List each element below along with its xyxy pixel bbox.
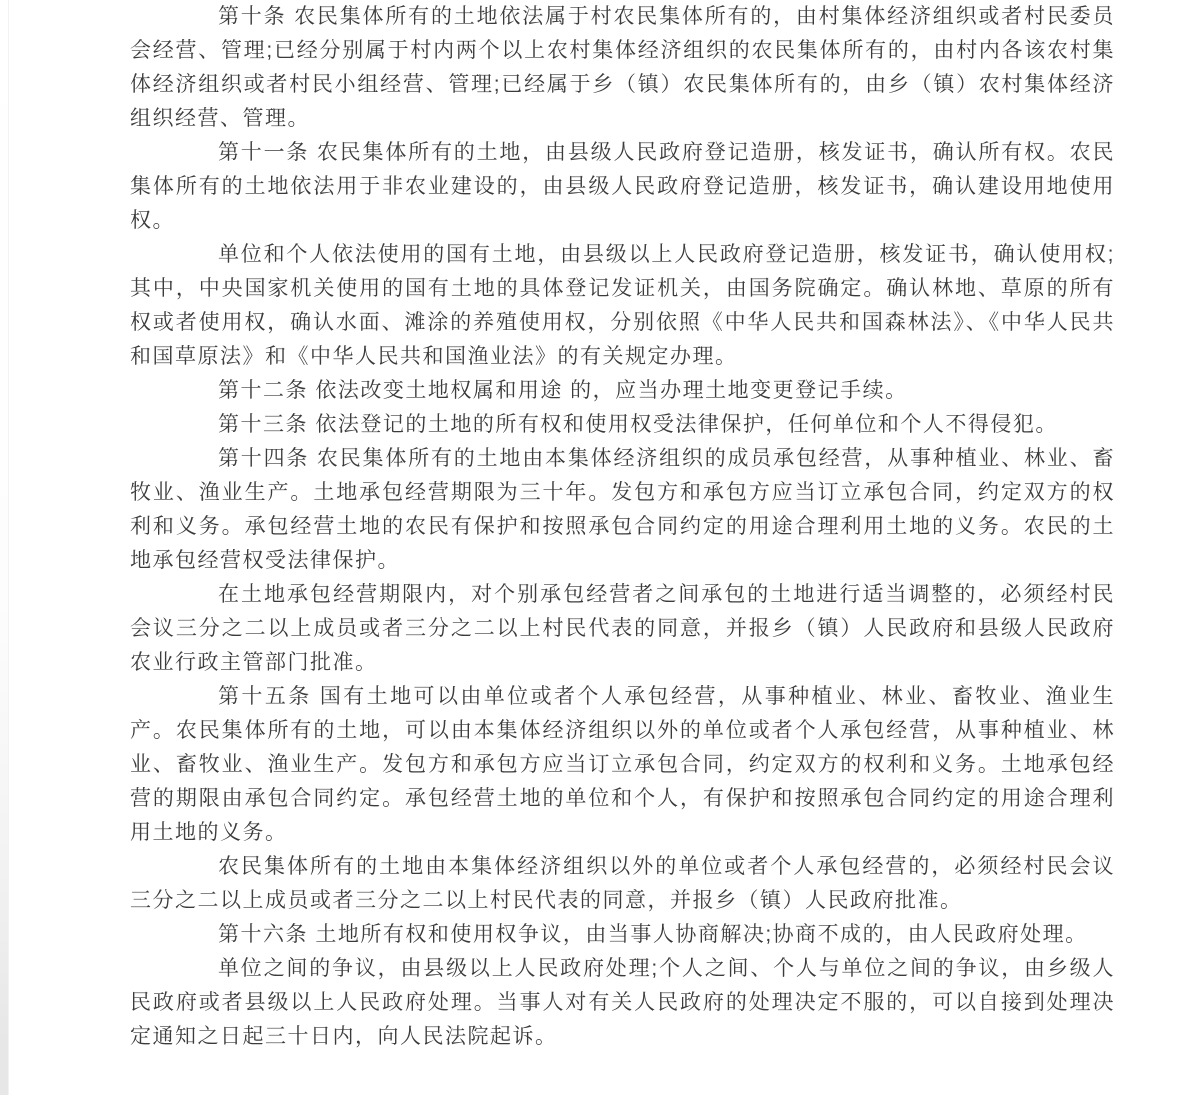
law-paragraph-article-10: 第十条 农民集体所有的土地依法属于村农民集体所有的，由村集体经济组织或者村民委员… bbox=[130, 0, 1115, 136]
document-body: 第十条 农民集体所有的土地依法属于村农民集体所有的，由村集体经济组织或者村民委员… bbox=[130, 0, 1115, 1054]
law-paragraph-article-11-cont: 单位和个人依法使用的国有土地，由县级以上人民政府登记造册，核发证书，确认使用权;… bbox=[130, 238, 1115, 374]
law-paragraph-article-15: 第十五条 国有土地可以由单位或者个人承包经营，从事种植业、林业、畜牧业、渔业生产… bbox=[130, 680, 1115, 850]
law-paragraph-article-16: 第十六条 土地所有权和使用权争议，由当事人协商解决;协商不成的，由人民政府处理。 bbox=[130, 918, 1115, 952]
law-paragraph-article-16-cont: 单位之间的争议，由县级以上人民政府处理;个人之间、个人与单位之间的争议，由乡级人… bbox=[130, 952, 1115, 1054]
page-edge-shadow bbox=[0, 0, 9, 1095]
law-paragraph-article-12: 第十二条 依法改变土地权属和用途 的，应当办理土地变更登记手续。 bbox=[130, 374, 1115, 408]
law-paragraph-article-11: 第十一条 农民集体所有的土地，由县级人民政府登记造册，核发证书，确认所有权。农民… bbox=[130, 136, 1115, 238]
law-paragraph-article-14: 第十四条 农民集体所有的土地由本集体经济组织的成员承包经营，从事种植业、林业、畜… bbox=[130, 442, 1115, 578]
law-paragraph-article-14-cont: 在土地承包经营期限内，对个别承包经营者之间承包的土地进行适当调整的，必须经村民会… bbox=[130, 578, 1115, 680]
law-paragraph-article-13: 第十三条 依法登记的土地的所有权和使用权受法律保护，任何单位和个人不得侵犯。 bbox=[130, 408, 1115, 442]
law-paragraph-article-15-cont: 农民集体所有的土地由本集体经济组织以外的单位或者个人承包经营的，必须经村民会议三… bbox=[130, 850, 1115, 918]
